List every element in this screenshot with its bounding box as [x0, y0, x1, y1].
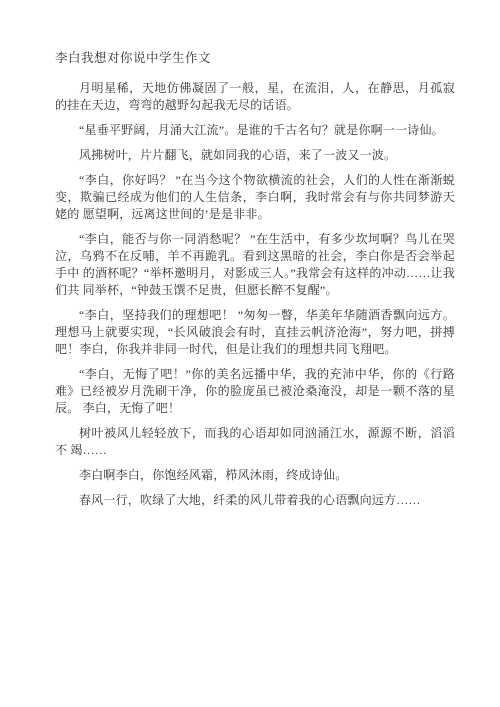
paragraph: “李白，你好吗？ ”在当今这个物欲横流的社会，人们的人性在渐渐蜕 变，欺骗已经成…: [55, 172, 455, 223]
paragraph: “李白，坚持我们的理想吧！ ”匆匆一瞥，华美年华随酒香飘向远方。理想马上就要实现…: [55, 307, 455, 358]
document-page: 李白我想对你说中学生作文 月明星稀，天地仿佛凝固了一般，星，在流泪，人，在静思，…: [0, 0, 500, 707]
paragraph: 月明星稀，天地仿佛凝固了一般，星，在流泪，人，在静思，月孤寂的挂在天边，弯弯的越…: [55, 80, 455, 114]
paragraph: 风拂树叶，片片翻飞，就如同我的心语，来了一波又一波。: [55, 147, 455, 164]
paragraph: 树叶被风儿轻轻放下，而我的心语却如同汹涌江水，源源不断，滔滔不 竭……: [55, 425, 455, 459]
paragraph: 李白啊李白，你饱经风霜，栉风沐雨，终成诗仙。: [55, 467, 455, 484]
document-title: 李白我想对你说中学生作文: [55, 50, 455, 67]
paragraph: “星垂平野阔，月涌大江流”。是谁的千古名句？就是你啊一一诗仙。: [55, 122, 455, 139]
document-body: 月明星稀，天地仿佛凝固了一般，星，在流泪，人，在静思，月孤寂的挂在天边，弯弯的越…: [55, 80, 455, 509]
paragraph: “李白，无悔了吧！”你的美名远播中华，我的充沛中华，你的《行路 难》已经被岁月洗…: [55, 366, 455, 417]
paragraph: “李白，能否与你一同消愁呢？ ”在生活中，有多少坎坷啊？鸟儿在哭 泣，乌鸦不在反…: [55, 231, 455, 299]
paragraph: 春风一行，吹绿了大地，纤柔的风儿带着我的心语飘向远方……: [55, 492, 455, 509]
